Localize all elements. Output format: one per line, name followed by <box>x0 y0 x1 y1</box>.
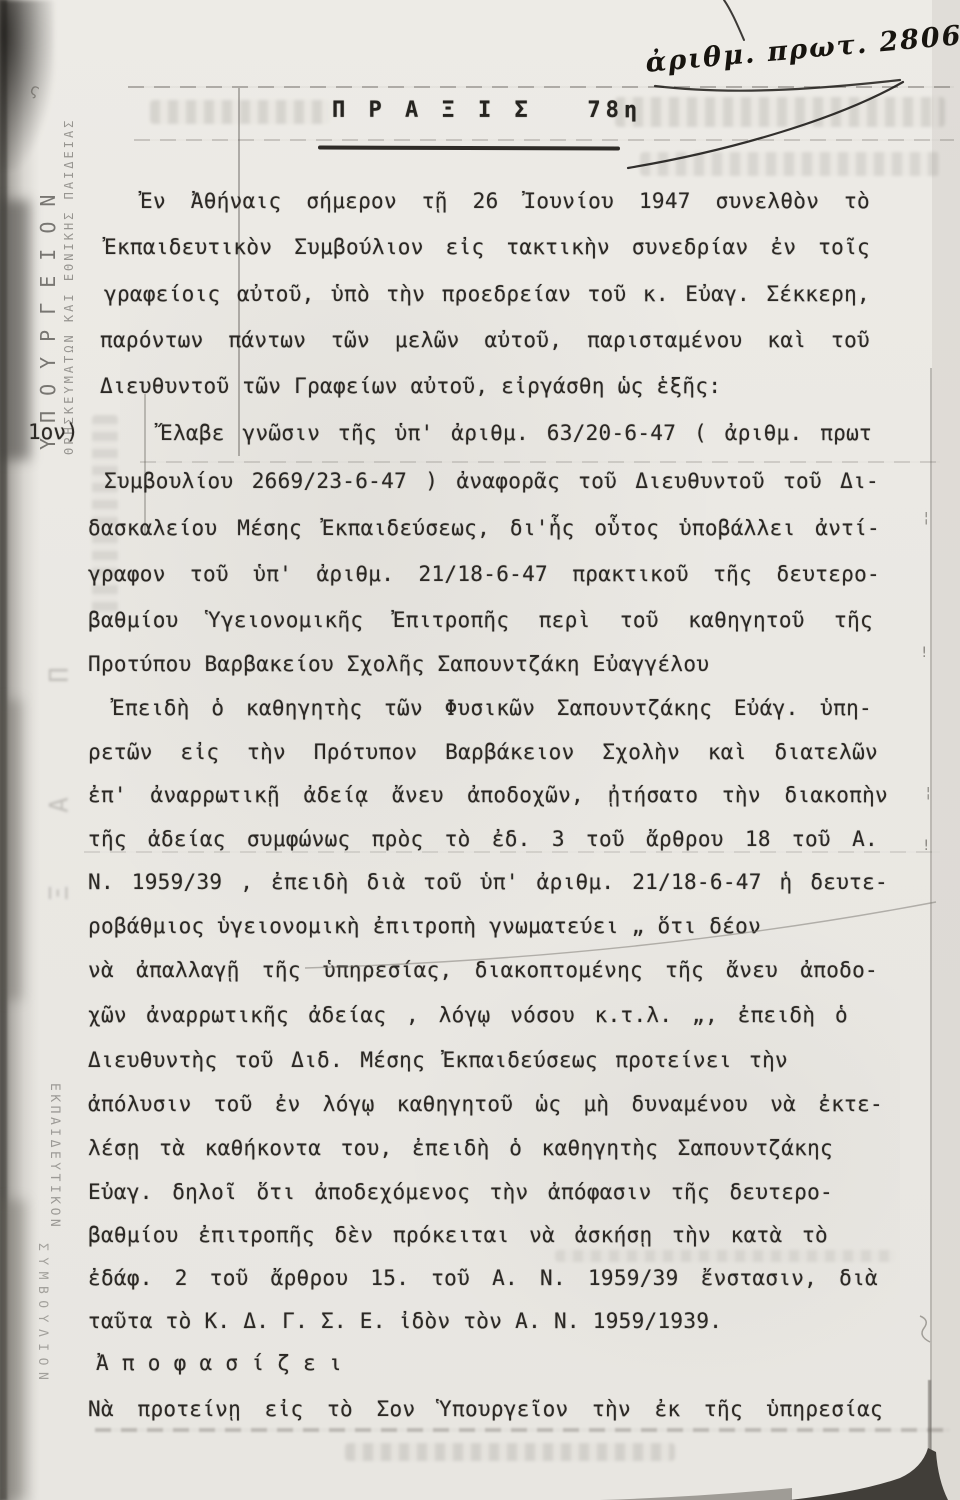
scan-edge-blob <box>0 1200 26 1500</box>
typed-line: βαθμίου Ὑγειονομικῆς Ἐπιτροπῆς περὶ τοῦ … <box>88 607 873 633</box>
bleedthrough-smudge <box>555 1250 895 1262</box>
faint-stamp-letter: Π <box>45 667 75 683</box>
typed-line: λέσῃ τὰ καθήκοντα του, ἐπειδὴ ὁ καθηγητὴ… <box>88 1135 833 1161</box>
ruled-line <box>140 461 940 463</box>
typed-line: νὰ ἀπαλλαγῇ τῆς ὑπηρεσίας, διακοπτομένης… <box>88 957 878 983</box>
council-stamp-line-1: ΕΚΠΑΙΔΕΥΤΙΚΟΝ <box>47 1083 62 1230</box>
stray-ink-mark: ¦ <box>922 510 930 526</box>
typed-line: τῆς ἀδείας συμφώνως πρὸς τὸ ἐδ. 3 τοῦ ἄρ… <box>88 826 878 852</box>
typed-line: Διευθυντὴς τοῦ Διδ. Μέσης Ἐκπαιδεύσεως π… <box>88 1047 788 1073</box>
page-curl-bottom-right <box>790 1448 948 1500</box>
ruled-line <box>128 86 954 88</box>
typed-line: Διευθυντοῦ τῶν Γραφείων αὐτοῦ, εἰργάσθη … <box>100 373 721 399</box>
typed-line: ἐπ' ἀναρρωτικῇ ἀδείᾳ ἄνευ ἀποδοχῶν, ᾐτήσ… <box>88 782 888 808</box>
bleedthrough-smudge <box>640 152 940 176</box>
ministry-stamp-line-2: ΘΡΗΣΚΕΥΜΑΤΩΝ ΚΑΙ ΕΘΝΙΚΗΣ ΠΑΙΔΕΙΑΣ <box>62 118 76 455</box>
typed-line: γραφον τοῦ ὑπ' ἀριθμ. 21/18-6-47 πρακτικ… <box>88 561 880 587</box>
scanned-document-page: ΥΠΟΥΡΓΕΙΟΝ ΘΡΗΣΚΕΥΜΑΤΩΝ ΚΑΙ ΕΘΝΙΚΗΣ ΠΑΙΔ… <box>0 0 960 1500</box>
typed-line: γραφείοις αὐτοῦ, ὑπὸ τὴν προεδρείαν τοῦ … <box>104 281 870 307</box>
typed-line: Ἔλαβε γνῶσιν τῆς ὑπ' ἀριθμ. 63/20-6-47 (… <box>160 420 872 446</box>
page-edge-right-shadow <box>928 1380 931 1465</box>
ruled-line <box>95 1428 950 1432</box>
handwritten-protocol-number: ἀριθμ. πρωτ. 2806 <box>644 20 960 79</box>
scan-edge-blob <box>0 700 22 1000</box>
typed-line: χῶν ἀναρρωτικῆς ἀδείας , λόγῳ νόσου κ.τ.… <box>88 1002 848 1028</box>
typed-line: ροβάθμιος ὑγειονομικὴ ἐπιτροπὴ γνωματεύε… <box>88 913 761 939</box>
typed-line: Ν. 1959/39 , ἐπειδὴ διὰ τοῦ ὑπ' ἀριθμ. 2… <box>88 869 888 895</box>
typed-line: παρόντων πάντων τῶν μελῶν αὐτοῦ, παριστα… <box>100 327 870 353</box>
crease-line-vertical <box>238 88 240 456</box>
ruled-line <box>134 139 954 141</box>
bleedthrough-smudge <box>615 97 945 127</box>
ministry-stamp-line-1: ΥΠΟΥΡΓΕΙΟΝ <box>36 180 60 450</box>
stray-ink-mark: ¦ <box>924 785 932 801</box>
scan-margin-right <box>932 0 960 1500</box>
page-edge-right <box>930 368 932 1500</box>
typed-line: ρετῶν εἰς τὴν Πρότυπον Βαρβάκειον Σχολὴν… <box>88 739 878 765</box>
faint-stamp-letter: Ξ <box>45 885 75 901</box>
bleedthrough-smudge <box>345 1443 675 1461</box>
typed-line: βαθμίου ἐπιτροπῆς δὲν πρόκειται νὰ ἀσκήσ… <box>88 1222 828 1248</box>
typed-line: ταῦτα τὸ Κ. Δ. Γ. Σ. Ε. ἰδὸν τὸν Α. Ν. 1… <box>88 1308 722 1334</box>
faint-stamp-letter: Α <box>45 797 75 813</box>
typed-line: Προτύπου Βαρβακείου Σχολῆς Σαπουντζάκη Ε… <box>88 651 709 677</box>
typed-line: ἐδάφ. 2 τοῦ ἄρθρου 15. τοῦ Α. Ν. 1959/39… <box>88 1265 878 1291</box>
scan-corner-shadow-top-left <box>0 0 54 170</box>
scan-edge-blob <box>0 200 30 460</box>
typed-line: Ἐπειδὴ ὁ καθηγητὴς τῶν Φυσικῶν Σαπουντζά… <box>112 695 872 721</box>
typed-line: Ἐν Ἀθήναις σήμερον τῇ 26 Ἰουνίου 1947 συ… <box>140 188 870 214</box>
title-underline <box>318 145 620 150</box>
typed-line: δασκαλείου Μέσης Ἐκπαιδεύσεως, δι'ἧς οὗτ… <box>88 515 880 541</box>
stray-ink-mark: ! <box>922 838 930 854</box>
item-number: 1ον) <box>28 420 79 444</box>
paper-texture <box>120 300 720 1000</box>
typed-line: ἀπόλυσιν τοῦ ἐν λόγῳ καθηγητοῦ ὡς μὴ δυν… <box>88 1091 883 1117</box>
crease-line-vertical <box>144 394 146 534</box>
typed-line: Συμβουλίου 2669/23-6-47 ) ἀναφορᾶς τοῦ Δ… <box>104 468 879 494</box>
stray-ink-mark: ! <box>920 645 928 661</box>
typed-line: Ἀ π ο φ α σ ί ζ ε ι <box>96 1350 342 1376</box>
typed-line: Εὐαγ. δηλοῖ ὅτι ἀποδεχόμενος τὴν ἀπόφασι… <box>88 1179 833 1205</box>
council-stamp-line-2: ΣΥΜΒΟΥΛΙΟΝ <box>35 1243 50 1386</box>
page-title: Π Ρ Α Ξ Ι Σ 78η <box>332 98 642 123</box>
bleedthrough-smudge <box>150 100 330 124</box>
typed-line: Νὰ προτείνῃ εἰς τὸ Σον Ὑπουργεῖον τὴν ἐκ… <box>88 1396 883 1422</box>
typed-line: Ἐκπαιδευτικὸν Συμβούλιον εἰς τακτικὴν συ… <box>104 234 870 260</box>
